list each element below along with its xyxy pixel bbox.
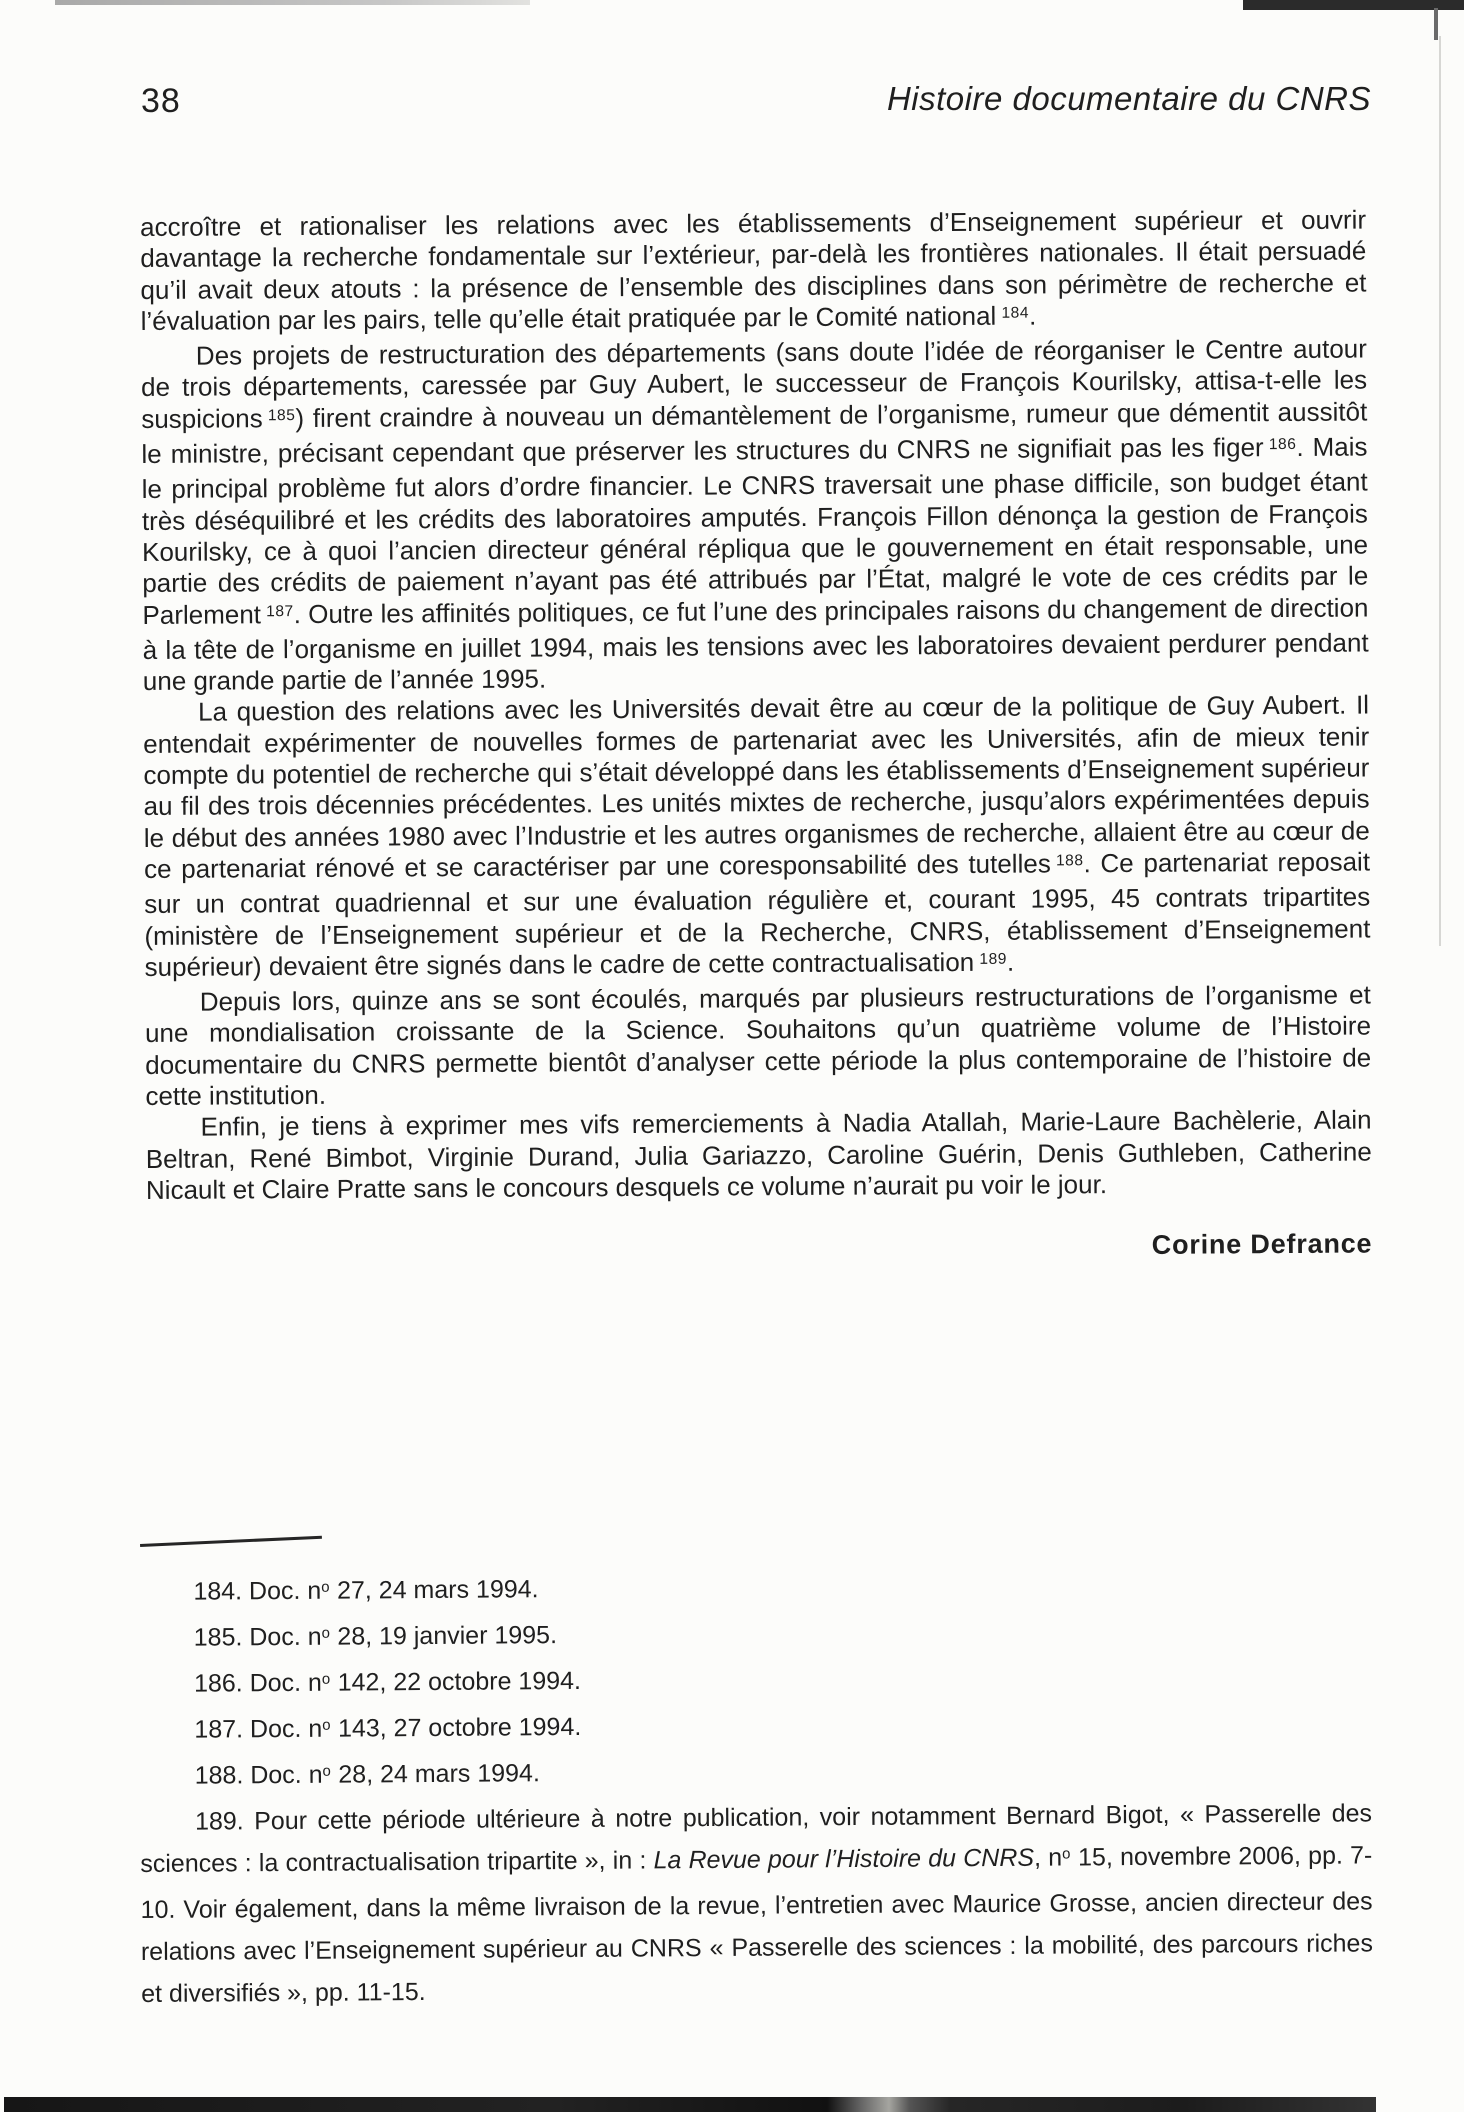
scan-artifact-top-right-bar [1243,0,1464,10]
body-paragraph-1: accroître et rationaliser les relations … [140,205,1367,342]
running-title: Histoire documentaire du CNRS [887,80,1371,118]
footnote-189: 189. Pour cette période ultérieure à not… [140,1792,1373,2015]
scan-artifact-top-left-streak [55,0,530,5]
body-paragraph-5: Enfin, je tiens à exprimer mes vifs reme… [145,1105,1372,1206]
scan-artifact-right-page-edge [1439,36,1441,946]
body-paragraph-4: Depuis lors, quinze ans se sont écoulés,… [145,980,1372,1113]
author-signature: Corine Defrance [146,1229,1372,1268]
scanned-book-page: 38 Histoire documentaire du CNRS accroît… [0,0,1464,2112]
scan-artifact-bottom-bar [4,2097,1376,2112]
page-number: 38 [141,82,181,121]
footnote-separator-rule [140,1536,322,1547]
body-text-column: accroître et rationaliser les relations … [140,205,1372,1268]
body-paragraph-2: Des projets de restructuration des dépar… [141,334,1369,698]
body-paragraph-3: La question des relations avec les Unive… [143,690,1371,987]
scan-artifact-right-stub [1434,8,1438,40]
footnotes-block: 184. Doc. no 27, 24 mars 1994. 185. Doc.… [138,1525,1373,2015]
